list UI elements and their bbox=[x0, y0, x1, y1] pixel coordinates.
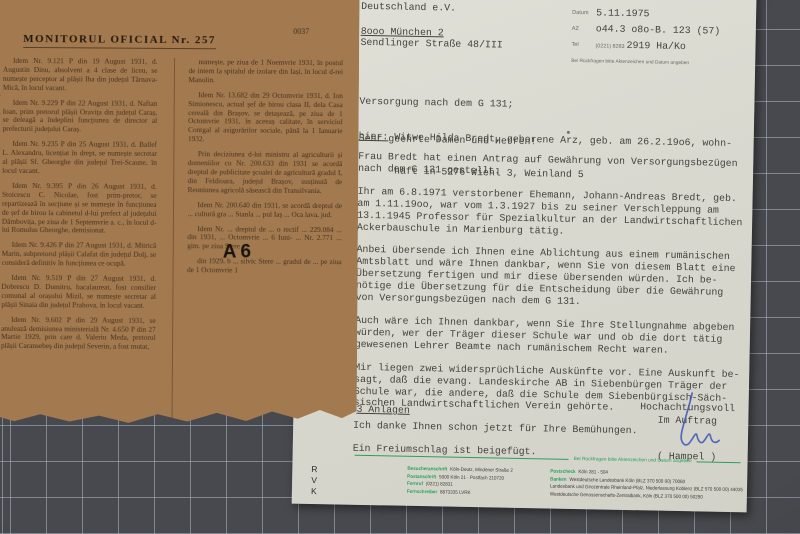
footer-row-label: Banken bbox=[550, 477, 567, 482]
newspaper-masthead: MONITORUL OFICIAL Nr. 257 bbox=[23, 33, 216, 49]
newspaper-paragraph: Idem Nr. 9.121 P din 19 August 1931, d. … bbox=[3, 57, 158, 94]
sender-org-line: Deutschland e.V. bbox=[361, 1, 503, 15]
footer-column-banks: PostscheckKöln 281 - 504BankenWestdeutsc… bbox=[550, 469, 743, 503]
sender-street-line: Sendlinger Straße 48/III bbox=[360, 37, 502, 51]
footer-row-value: 8873335 LVRK bbox=[440, 490, 471, 496]
newspaper-paragraph: Idem Nr. 9.229 P din 22 August 1931, d. … bbox=[3, 98, 158, 135]
cut-column-fragments: șul en de- 31, țel ar SIL, rul III nal m… bbox=[0, 73, 1, 196]
letter-sheet: Deutschland e.V. 8ooo München 2 Sendling… bbox=[292, 0, 758, 512]
meta-az-row: AZo44.3 o8o-B. 123 (57) bbox=[572, 23, 747, 38]
meta-note: Bei Rückfragen bitte Aktenzeichen und Da… bbox=[571, 56, 746, 70]
tel-prefix: (0221) 8283 bbox=[595, 43, 624, 50]
logo-letter: R bbox=[308, 464, 320, 475]
meta-date-row: Datum5.11.1975 bbox=[572, 7, 747, 22]
newspaper-column-right: numește, pe ziua de 1 Noemvrie 1931, în … bbox=[171, 58, 343, 423]
tel-label: Tel bbox=[571, 40, 595, 51]
footer-row-value: Köln 281 - 504 bbox=[578, 470, 608, 476]
letter-meta-block: Datum5.11.1975 AZo44.3 o8o-B. 123 (57) T… bbox=[571, 7, 747, 70]
photo-scene: Deutschland e.V. 8ooo München 2 Sendling… bbox=[0, 0, 800, 534]
footer-row-value: 5000 Köln 21 · Postfach 210720 bbox=[439, 475, 504, 481]
closing-block: Hochachtungsvoll Im Auftrag ( Hampel ) bbox=[631, 400, 744, 464]
signature-ink bbox=[649, 390, 728, 457]
sender-address-block: Deutschland e.V. 8ooo München 2 Sendling… bbox=[360, 1, 503, 51]
footer-row-label: Besucheranschrift bbox=[407, 467, 447, 473]
letter-paragraph: Auch wäre ich Ihnen dankbar, wenn Sie Ih… bbox=[355, 315, 737, 358]
newspaper-sheet: MONITORUL OFICIAL Nr. 257 0037 șul en de… bbox=[0, 0, 360, 433]
newspaper-paragraph: Idem Nr. 9.519 P din 27 August 1931, d. … bbox=[1, 274, 156, 311]
footer-row: Fernschreiber8873335 LVRK bbox=[407, 489, 513, 499]
subject-line1: Versorgung nach dem G 131; bbox=[359, 96, 733, 115]
newspaper-column-left: Idem Nr. 9.121 P din 19 August 1931, d. … bbox=[1, 57, 158, 422]
date-value: 5.11.1975 bbox=[596, 7, 650, 19]
letter-paragraph: Ihr am 6.8.1971 verstorbener Ehemann, Jo… bbox=[357, 186, 739, 241]
enclosures-note: 3 Anlagen bbox=[356, 404, 410, 416]
footer-row-value: (0221) 82831 bbox=[426, 482, 453, 488]
meta-tel-row: Tel(0221) 82832919 Ha/Ko bbox=[571, 39, 746, 55]
page-number-stamp: 0037 bbox=[293, 27, 309, 36]
tel-value: 2919 Ha/Ko bbox=[626, 40, 685, 52]
footer-column-address: BesucheranschriftKöln-Deutz, Mindener St… bbox=[407, 466, 513, 498]
newspaper-paragraph: Idem Nr. 9.426 P din 27 August 1931, d. … bbox=[2, 241, 157, 269]
newspaper-paragraph: Idem Nr. 9.602 P din 29 August 1931, se … bbox=[1, 315, 156, 352]
rvk-logo: RVK bbox=[308, 464, 321, 497]
newspaper-paragraph: Idem Nr. ... dreptul de ... o rectif ...… bbox=[187, 225, 342, 253]
logo-letter: K bbox=[308, 486, 320, 497]
archive-a6-stamp: A6 bbox=[223, 241, 256, 263]
newspaper-paragraph: Idem Nr. 200.640 din 1931, se acordă dre… bbox=[187, 201, 342, 220]
footer-row-label: Postanschrift bbox=[407, 474, 436, 480]
newspaper-paragraph: Prin deciziunea d-lui ministru al agricu… bbox=[188, 150, 343, 196]
az-label: AZ bbox=[572, 24, 596, 35]
logo-letter: V bbox=[308, 475, 320, 486]
footer-row-value: Köln-Deutz, Mindener Straße 2 bbox=[450, 468, 513, 474]
newspaper-paragraph: Idem Nr. 13.682 din 29 Octomvrie 1931, d… bbox=[188, 91, 343, 146]
newspaper-columns: Idem Nr. 9.121 P din 19 August 1931, d. … bbox=[1, 57, 344, 423]
date-label: Datum bbox=[572, 8, 596, 19]
divider-line-right bbox=[697, 461, 741, 463]
newspaper-paragraph: Idem Nr. 9.235 P din 25 August 1931, d. … bbox=[2, 140, 157, 177]
footer-row-label: Fernruf bbox=[407, 482, 423, 487]
newspaper-paragraph: Idem Nr. 9.395 P din 26 August 1931, d. … bbox=[2, 182, 157, 237]
footer-row-label: Fernschreiber bbox=[407, 490, 437, 496]
newspaper-paragraph: numește, pe ziua de 1 Noemvrie 1931, în … bbox=[188, 58, 343, 86]
footer-row-label: Postscheck bbox=[550, 470, 575, 475]
newspaper-paragraph: din 1929, b ... silvic Stere ... gradul … bbox=[187, 257, 342, 276]
letter-paragraph: Anbei übersende ich Ihnen eine Ablichtun… bbox=[356, 244, 738, 311]
az-value: o44.3 o8o-B. 123 (57) bbox=[596, 23, 721, 36]
footer-row-value: Westdeutsche Genossenschafts-Zentralbank… bbox=[550, 492, 703, 500]
